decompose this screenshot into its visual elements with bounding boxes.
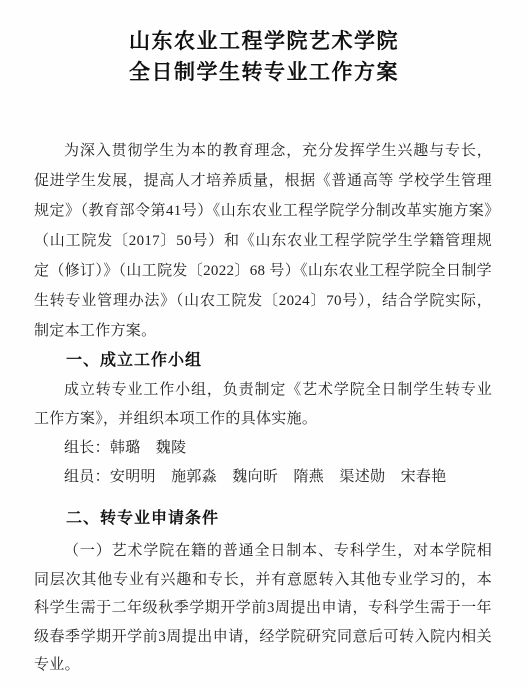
group-members-line: 组员：安明明 施郭淼 魏向昕 隋燕 渠述勋 宋春艳 bbox=[34, 463, 492, 492]
section-2-heading: 二、转专业申请条件 bbox=[34, 504, 492, 534]
document-body: 为深入贯彻学生为本的教育理念，充分发挥学生兴趣与专长，促进学生发展，提高人才培养… bbox=[0, 136, 528, 680]
document-page: 山东农业工程学院艺术学院 全日制学生转专业工作方案 为深入贯彻学生为本的教育理念… bbox=[0, 0, 528, 689]
document-title: 山东农业工程学院艺术学院 全日制学生转专业工作方案 bbox=[0, 26, 528, 88]
title-line-2: 全日制学生转专业工作方案 bbox=[0, 57, 528, 88]
section-1-heading: 一、成立工作小组 bbox=[34, 346, 492, 376]
title-line-1: 山东农业工程学院艺术学院 bbox=[0, 26, 528, 57]
section-2-paragraph: （一）艺术学院在籍的普通全日制本、专科学生，对本学院相同层次其他专业有兴趣和专长… bbox=[34, 537, 492, 680]
group-leader-line: 组长：韩璐 魏陵 bbox=[34, 434, 492, 463]
section-1-paragraph: 成立转专业工作小组，负责制定《艺术学院全日制学生转专业工作方案》，并组织本项工作… bbox=[34, 376, 492, 434]
intro-paragraph: 为深入贯彻学生为本的教育理念，充分发挥学生兴趣与专长，促进学生发展，提高人才培养… bbox=[34, 136, 492, 346]
